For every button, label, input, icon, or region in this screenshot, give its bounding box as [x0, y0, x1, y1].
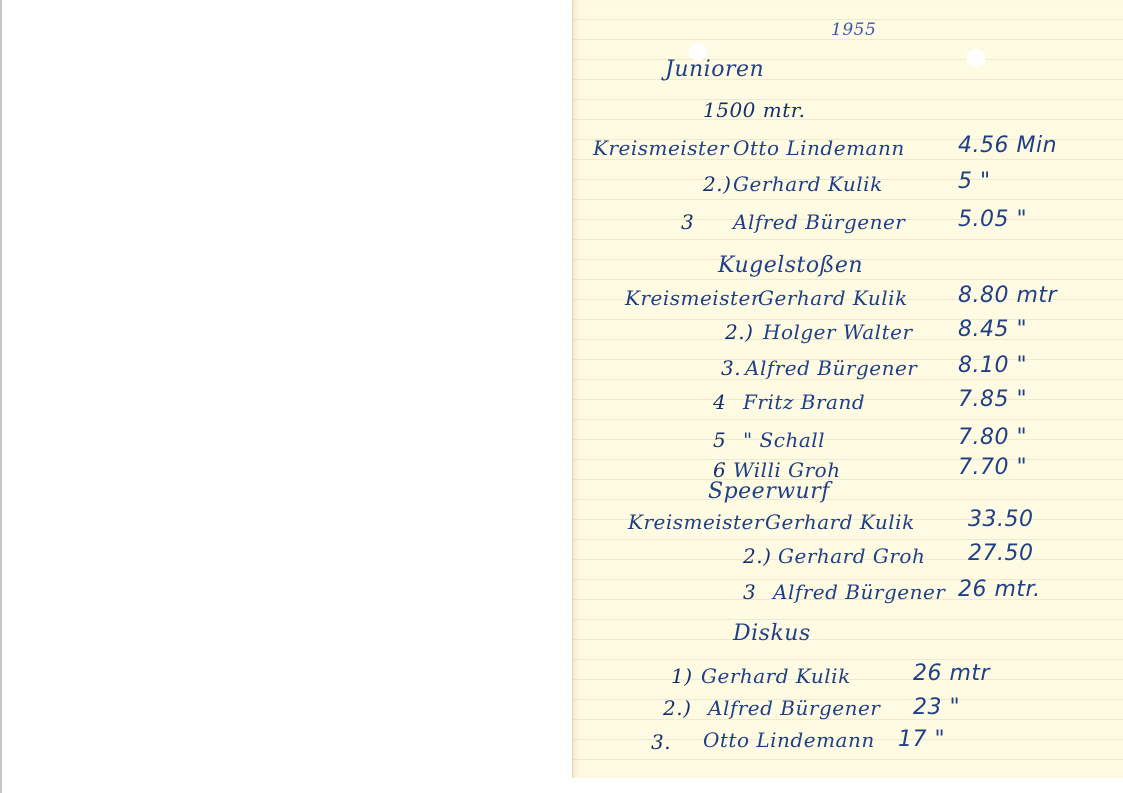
section-title: Diskus [733, 622, 811, 646]
entry-place: 3 [743, 580, 756, 604]
punch-hole [967, 49, 985, 67]
entry-name: Alfred Bürgener [708, 696, 880, 720]
entry-value: 8.10 " [958, 354, 1027, 378]
entry-value: 27.50 [968, 542, 1033, 566]
entry-value: 26 mtr. [958, 578, 1041, 602]
entry-value: 5 " [958, 170, 991, 194]
entry-value: 4.56 Min [958, 134, 1057, 158]
entry-name: Holger Walter [763, 320, 913, 344]
entry-place: Kreismeister [628, 510, 764, 534]
section-title: Speerwurf [708, 480, 830, 504]
entry-value: 7.80 " [958, 426, 1027, 450]
entry-place: 4 [713, 390, 726, 414]
entry-place: 3 [681, 210, 694, 234]
section-title: Junioren [665, 58, 764, 82]
entry-name: Gerhard Kulik [733, 172, 883, 196]
handwritten-page: 1955 Junioren 1500 mtr. Kreismeister Ott… [572, 0, 1123, 778]
year: 1955 [831, 18, 876, 42]
entry-place: 1) [671, 664, 693, 688]
entry-place: 3. [651, 730, 671, 754]
entry-name: Otto Lindemann [703, 728, 875, 752]
section-title: Kugelstoßen [718, 254, 863, 278]
entry-value: 26 mtr [913, 662, 990, 686]
entry-value: 5.05 " [958, 208, 1027, 232]
entry-value: 33.50 [968, 508, 1033, 532]
entry-name: Gerhard Kulik [758, 286, 908, 310]
entry-name: Otto Lindemann [733, 136, 905, 160]
page-edge [0, 0, 2, 793]
entry-value: 7.85 " [958, 388, 1027, 412]
entry-name: Gerhard Kulik [765, 510, 915, 534]
entry-place: Kreismeister [593, 136, 729, 160]
entry-place: Kreismeister [625, 286, 761, 310]
entry-place: 5 [713, 428, 726, 452]
entry-value: 23 " [913, 696, 960, 720]
entry-name: Fritz Brand [743, 390, 865, 414]
section-subtitle: 1500 mtr. [703, 98, 805, 122]
entry-name: Alfred Bürgener [733, 210, 905, 234]
entry-place: 2.) [725, 320, 753, 344]
entry-place: 2.) [663, 696, 691, 720]
entry-name: Alfred Bürgener [773, 580, 945, 604]
entry-value: 8.80 mtr [958, 284, 1057, 308]
entry-name: Gerhard Groh [778, 544, 925, 568]
entry-place: 3. [721, 356, 741, 380]
entry-value: 7.70 " [958, 456, 1027, 480]
entry-name: Gerhard Kulik [701, 664, 851, 688]
entry-name: Alfred Bürgener [745, 356, 917, 380]
entry-place: 2.) [743, 544, 771, 568]
entry-place: 2.) [703, 172, 731, 196]
entry-name: " Schall [743, 428, 825, 452]
entry-value: 8.45 " [958, 318, 1027, 342]
entry-value: 17 " [898, 728, 945, 752]
